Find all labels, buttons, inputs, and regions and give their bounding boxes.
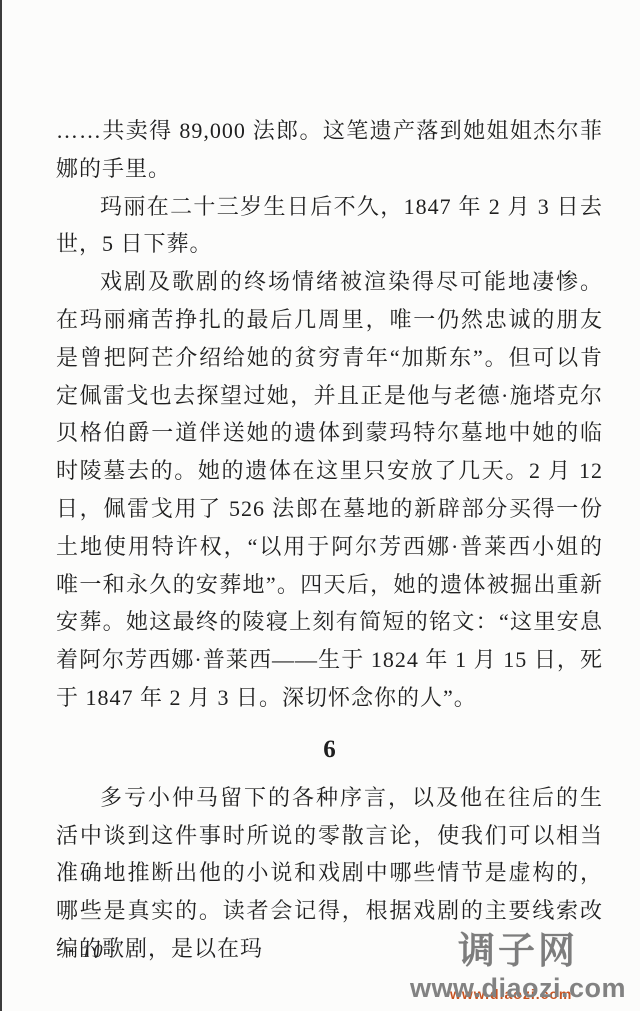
book-page: ……共卖得 89,000 法郎。这笔遗产落到她姐姐杰尔菲娜的手里。 玛丽在二十三…: [0, 0, 640, 1011]
scan-edge-line: [0, 0, 2, 1011]
paragraph-death-date: 玛丽在二十三岁生日后不久，1847 年 2 月 3 日去世，5 日下葬。: [56, 188, 603, 264]
watermark-url-row: www.diaozi.com www.diaozi.com: [398, 975, 638, 1003]
watermark-site-name: 调子网: [398, 932, 638, 969]
watermark-site-url: www.diaozi.com: [410, 973, 626, 1003]
page-footer: ·10·: [62, 941, 124, 963]
footer-right-dot: ·: [105, 941, 125, 960]
page-text-block: ……共卖得 89,000 法郎。这笔遗产落到她姐姐杰尔菲娜的手里。 玛丽在二十三…: [56, 112, 603, 968]
paragraph-continuation: ……共卖得 89,000 法郎。这笔遗产落到她姐姐杰尔菲娜的手里。: [56, 112, 603, 188]
page-number: 10: [82, 941, 105, 962]
paragraph-burial-story: 戏剧及歌剧的终场情绪被渲染得尽可能地凄惨。在玛丽痛苦挣扎的最后几周里，唯一仍然忠…: [56, 263, 603, 717]
section-heading: 6: [56, 731, 603, 769]
footer-left-dot: ·: [62, 941, 82, 960]
watermark: 调子网 www.diaozi.com www.diaozi.com: [398, 932, 638, 1003]
